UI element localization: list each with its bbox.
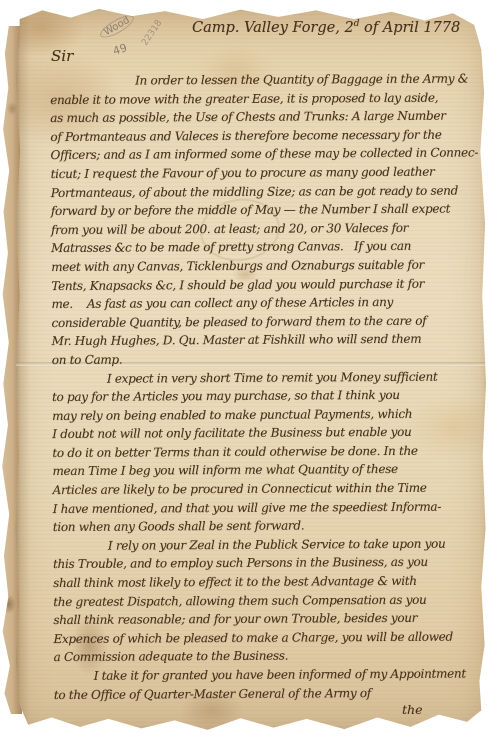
letter-line: Tents, Knapsacks &c, I should be glad yo… xyxy=(51,274,479,295)
dateline-text: Camp. Valley Forge, 2 xyxy=(192,20,354,36)
letter-line: In order to lessen the Quantity of Bagga… xyxy=(50,69,478,90)
letter-line: Expences of which be pleased to make a C… xyxy=(53,627,481,648)
letter-line: this Trouble, and to employ such Persons… xyxy=(53,553,481,574)
letter-line: as much as possible, the Use of Chests a… xyxy=(50,107,478,128)
letter-line: Articles are likely to be procured in Co… xyxy=(52,478,480,499)
pencil-annotation-word: Wood xyxy=(97,11,136,41)
dateline: Camp. Valley Forge, 2d of April 1778 xyxy=(192,19,460,36)
pencil-annotation-code: 22318 xyxy=(140,18,164,47)
letter-line: I have mentioned, and that you will give… xyxy=(53,497,481,518)
letter-line: meet with any Canvas, Ticklenburgs and O… xyxy=(51,255,479,276)
letter-line: to do it on better Terms than it could o… xyxy=(52,441,480,462)
letter-page: Wood 49 22318 Camp. Valley Forge, 2d of … xyxy=(14,6,486,732)
dateline-text-end: of April 1778 xyxy=(359,20,460,36)
letter-line: forward by or before the middle of May —… xyxy=(51,200,479,221)
salutation: Sir xyxy=(51,47,73,65)
letter-line: the greatest Dispatch, allowing them suc… xyxy=(53,590,481,611)
catchword: the xyxy=(402,702,422,717)
letter-scan: Wood 49 22318 Camp. Valley Forge, 2d of … xyxy=(0,0,500,744)
letter-line: ticut; I request the Favour of you to pr… xyxy=(51,162,479,183)
letter-body: In order to lessen the Quantity of Bagga… xyxy=(50,69,482,704)
letter-line: I expect in very short Time to remit you… xyxy=(52,367,480,388)
letter-line: Mr. Hugh Hughes, D. Qu. Master at Fishki… xyxy=(52,330,480,351)
letter-line: I take it for granted you have been info… xyxy=(54,664,482,685)
pencil-annotation-number: 49 xyxy=(111,41,128,58)
letter-line: to the Office of Quarter-Master General … xyxy=(54,683,482,704)
